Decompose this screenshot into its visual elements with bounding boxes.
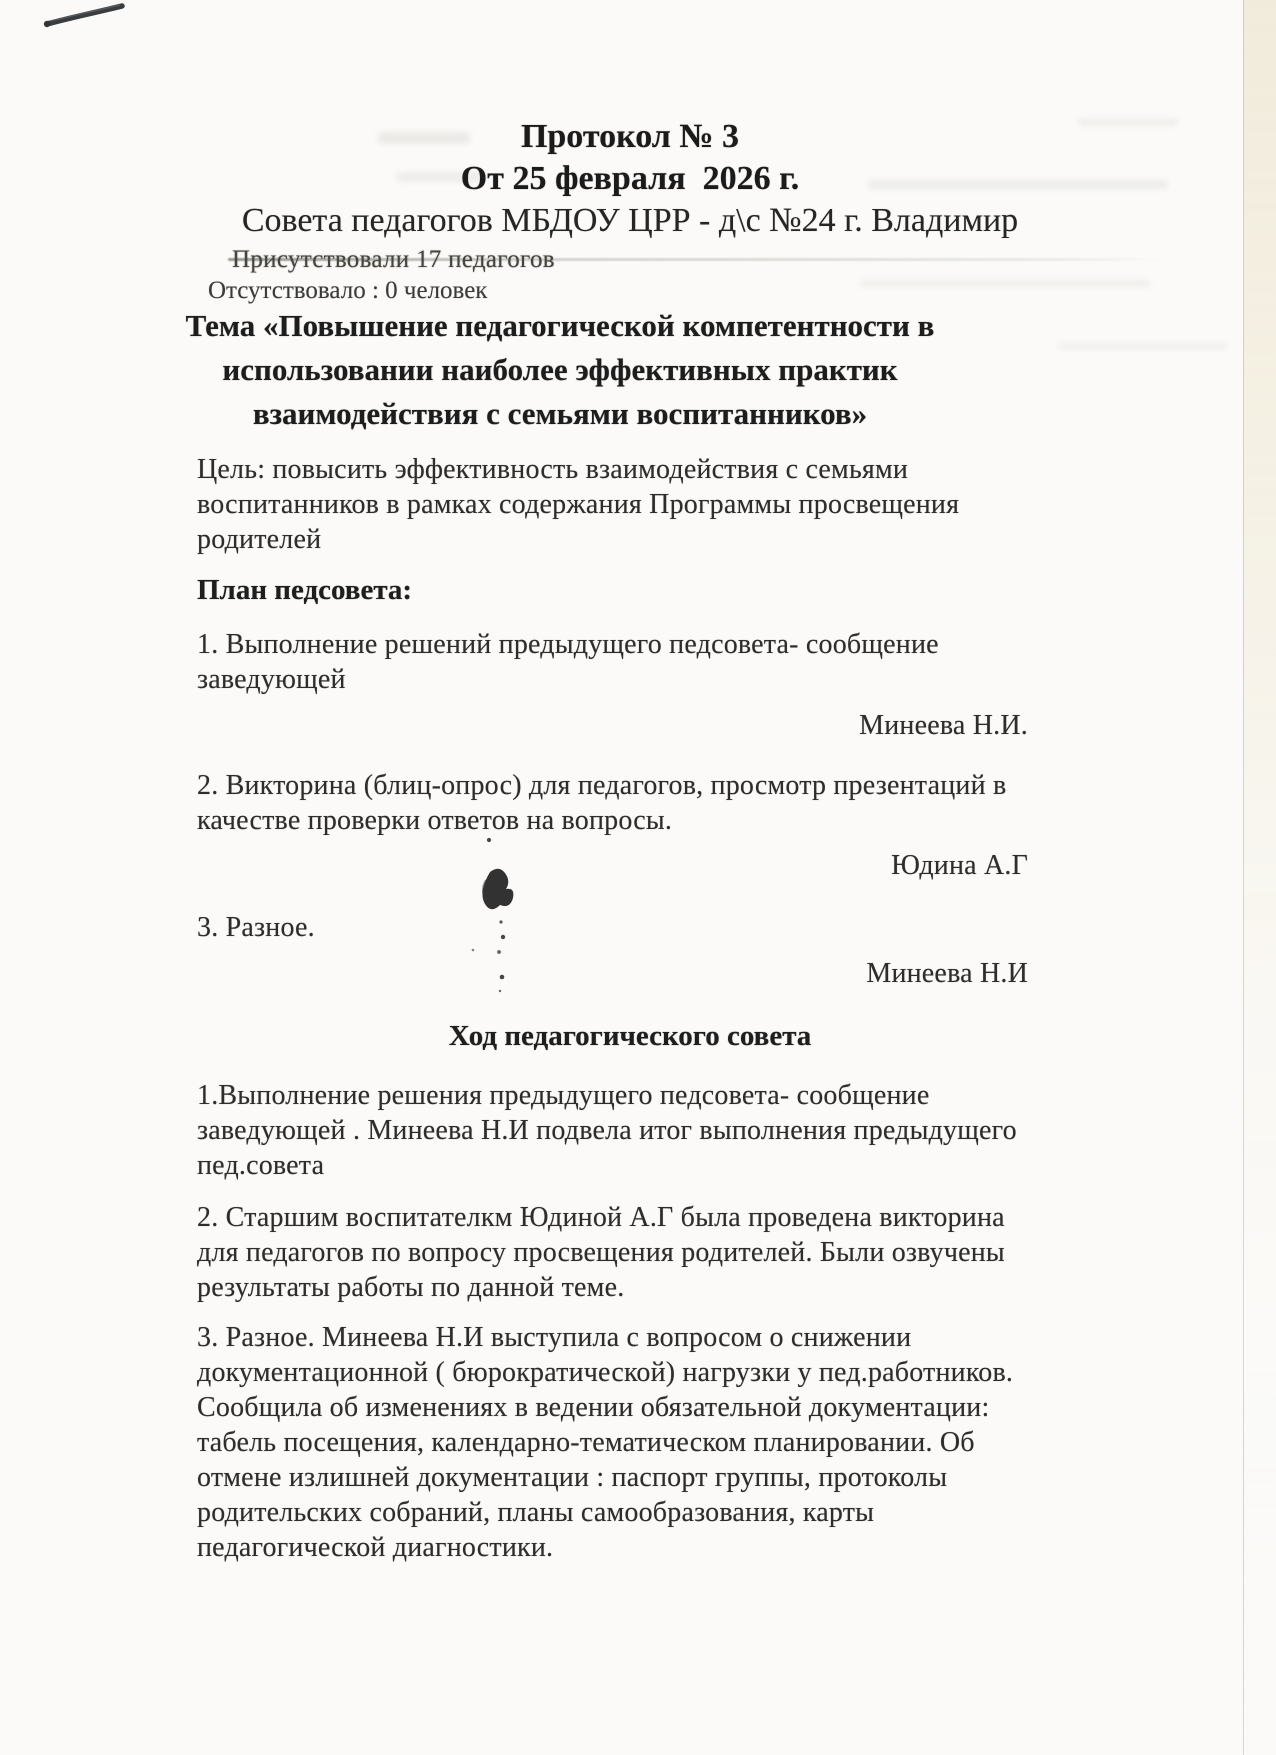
meeting-goal: Цель: повысить эффективность взаимодейст… xyxy=(197,452,1037,557)
meeting-theme: Тема «Повышение педагогической компетент… xyxy=(170,304,950,436)
bleedthrough-smudge xyxy=(1078,118,1178,126)
plan-item-1-speaker: Минеева Н.И. xyxy=(859,708,1028,743)
pen-stroke-mark xyxy=(38,0,130,32)
plan-item-2-speaker: Юдина А.Г xyxy=(891,848,1028,883)
bleedthrough-smudge xyxy=(860,280,1150,287)
council-name: Совета педагогов МБДОУ ЦРР - д\с №24 г. … xyxy=(180,202,1080,240)
proceedings-paragraph-3: 3. Разное. Минеева Н.И выступила с вопро… xyxy=(197,1320,1117,1565)
plan-item-3-speaker: Минеева Н.И xyxy=(866,956,1028,991)
scanner-edge-band xyxy=(1243,0,1276,1755)
scanned-document-page: Протокол № 3 От 25 февраля 2026 г. Совет… xyxy=(0,0,1276,1755)
bleedthrough-smudge xyxy=(1058,342,1228,350)
plan-heading: План педсовета: xyxy=(197,574,412,607)
proceedings-paragraph-1: 1.Выполнение решения предыдущего педсове… xyxy=(197,1078,1057,1183)
plan-item-2: 2. Викторина (блиц-опрос) для педагогов,… xyxy=(197,768,1077,838)
proceedings-paragraph-2: 2. Старшим воспитателкм Юдиной А.Г была … xyxy=(197,1200,1097,1305)
protocol-date: От 25 февраля 2026 г. xyxy=(180,160,1080,198)
proceedings-heading: Ход педагогического совета xyxy=(180,1020,1080,1053)
protocol-title: Протокол № 3 xyxy=(180,118,1080,156)
ink-blot xyxy=(460,828,524,1000)
attendance-absent: Отсутствовало : 0 человек xyxy=(208,277,487,305)
plan-item-3: 3. Разное. xyxy=(197,910,315,945)
plan-item-1: 1. Выполнение решений предыдущего педсов… xyxy=(197,627,1037,697)
attendance-present: Присутствовали 17 педагогов xyxy=(232,246,555,274)
